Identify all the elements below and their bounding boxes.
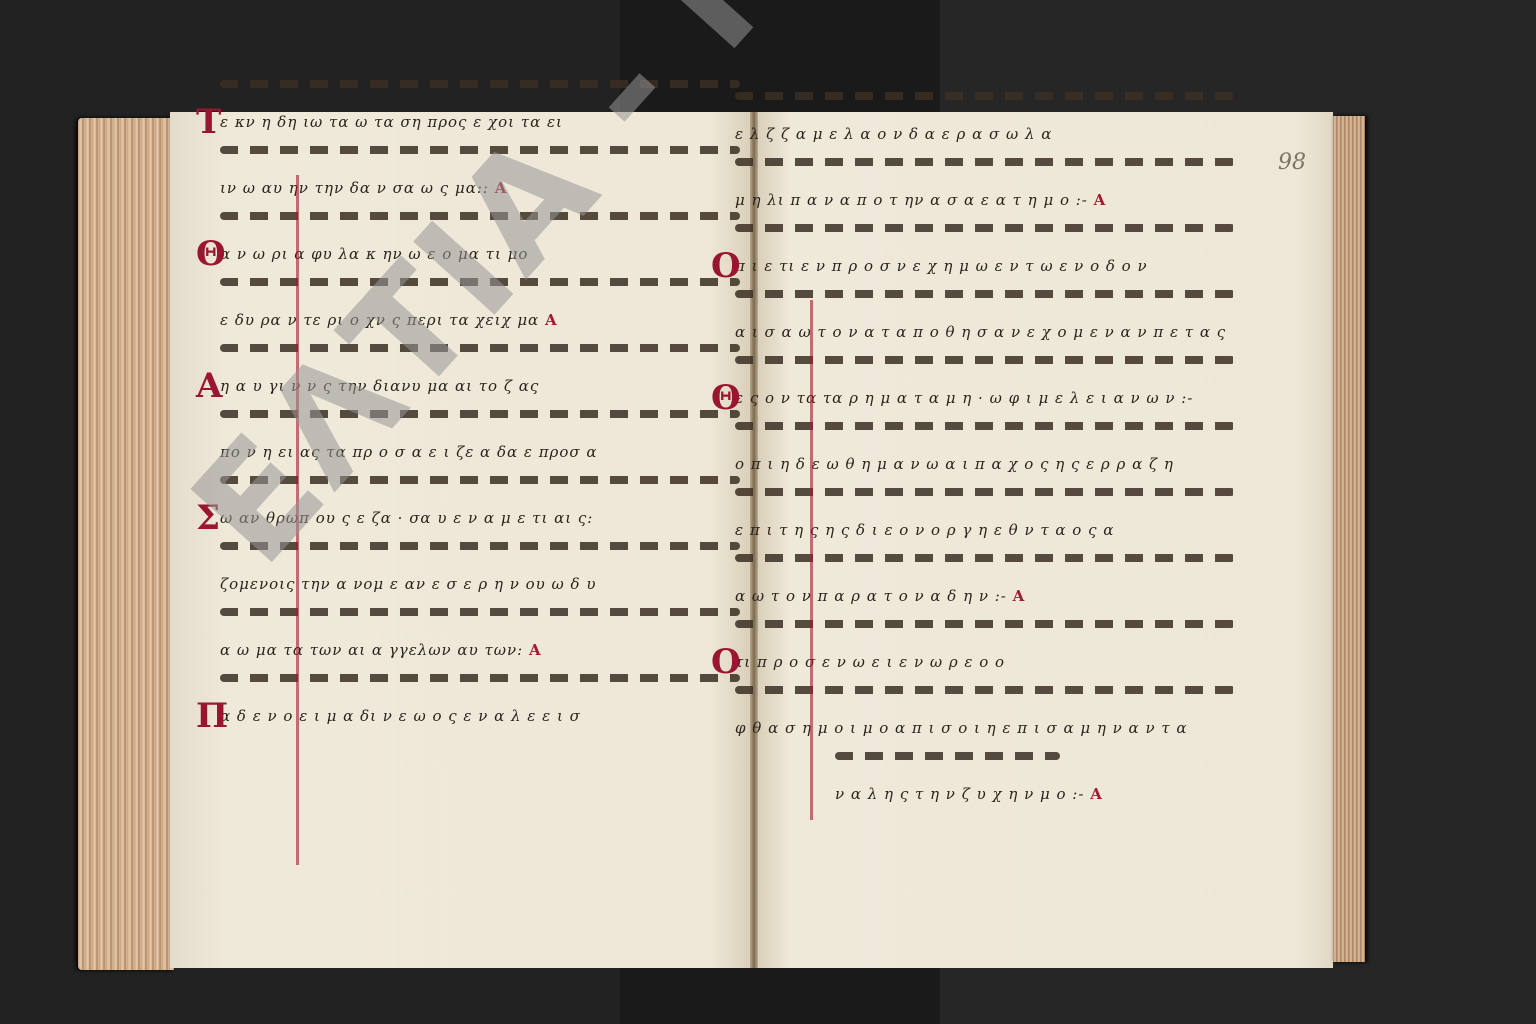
- rubric-mark: Α: [1013, 587, 1026, 605]
- folio-number: 98: [1278, 150, 1306, 175]
- rubric-initial: Π: [196, 696, 228, 736]
- text-line: π ι ε τι ε ν π ρ ο σ ν ε χ η μ ω ε ν τ ω…: [735, 252, 1235, 280]
- page-edges-left: [78, 118, 174, 970]
- rubric-initial: Θ: [196, 234, 226, 274]
- neume-line: [835, 752, 1060, 760]
- neume-line: [735, 158, 1235, 166]
- text-line: α ω τ ο ν π α ρ α τ ο ν α δ η ν :-: [735, 587, 1007, 605]
- rubric-initial: Θ: [711, 378, 741, 418]
- rubric-initial: Α: [196, 366, 222, 406]
- text-line: α ω μα τα των αι α γγελων αυ των:: [220, 641, 523, 659]
- neume-line: [735, 224, 1235, 232]
- text-line: ν α λ η ς τ η ν ζ υ χ η ν μ ο :-: [835, 785, 1084, 803]
- neume-line: [735, 290, 1235, 298]
- rubric-initial: Ο: [711, 642, 741, 682]
- rubric-mark: Α: [1090, 785, 1103, 803]
- text-line: μ η λι π α ν α π ο τ ην α σ α ε α τ η μ …: [735, 191, 1088, 209]
- neume-line: [735, 92, 1235, 100]
- page-edges-right: [1333, 116, 1365, 962]
- text-line: ε λ ζ ζ α μ ε λ α ο ν δ α ε ρ α σ ω λ α: [735, 120, 1235, 148]
- rubric-mark: Α: [529, 641, 542, 659]
- rubric-initial: Τ: [196, 102, 221, 142]
- rubric-mark: Α: [545, 311, 558, 329]
- rubric-ornament-right: [810, 300, 813, 820]
- rubric-mark: Α: [1094, 191, 1107, 209]
- rubric-initial: Ο: [711, 246, 741, 286]
